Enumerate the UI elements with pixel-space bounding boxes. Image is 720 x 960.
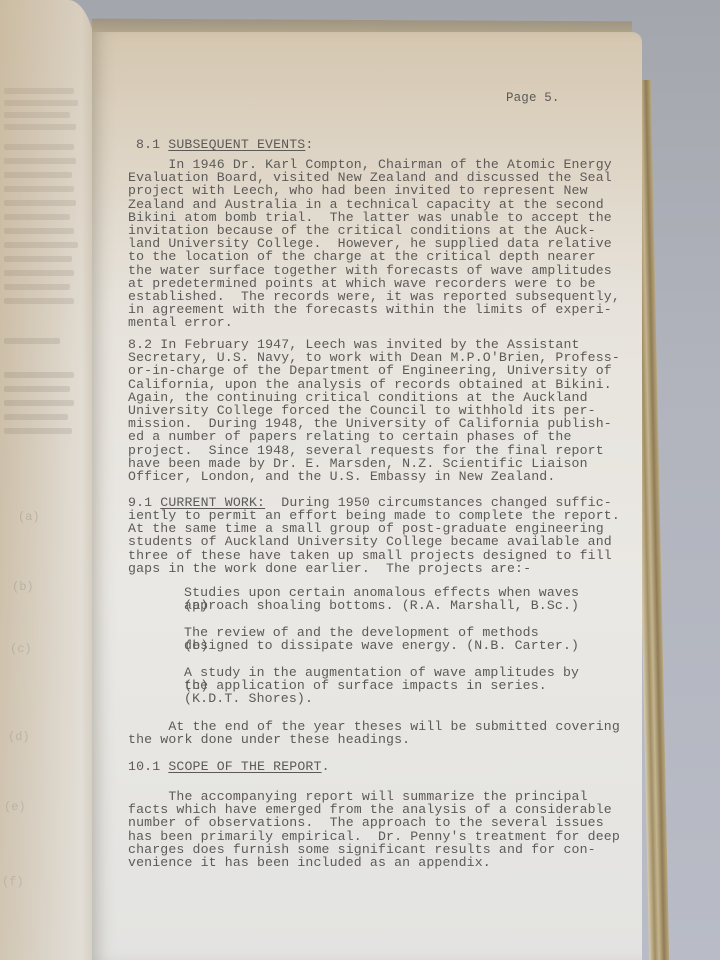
facing-page-text-line: [4, 144, 74, 150]
facing-page-text-line: [4, 338, 60, 344]
facing-page-text-line: [4, 298, 74, 304]
facing-page-label: (b): [12, 580, 34, 594]
text-line: mental error.: [128, 316, 620, 329]
project-item-b-text: The review of and the development of met…: [184, 626, 579, 652]
facing-page-text-line: [4, 158, 76, 164]
section-body-8-2: 8.2 In February 1947, Leech was invited …: [128, 338, 620, 483]
facing-page-text-line: [4, 124, 76, 130]
text-line: to the location of the charge at the cri…: [128, 250, 620, 263]
facing-page-text-line: [4, 242, 78, 248]
closing-paragraph-9-1: At the end of the year theses will be su…: [128, 720, 620, 746]
text-line: number of observations. The approach to …: [128, 816, 620, 829]
text-line: gaps in the work done earlier. The proje…: [128, 562, 620, 575]
text-line: Zealand and Australia in a technical cap…: [128, 198, 620, 211]
facing-page-text-line: [4, 414, 68, 420]
facing-page-text-line: [4, 270, 74, 276]
facing-page-text-line: [4, 400, 74, 406]
facing-page-text-line: [4, 200, 76, 206]
section-number: 10.1: [128, 759, 160, 774]
section-body-10-1: The accompanying report will summarize t…: [128, 790, 620, 869]
facing-page-label: (e): [4, 800, 26, 814]
text-line: approach shoaling bottoms. (R.A. Marshal…: [184, 599, 579, 612]
facing-page-label: (d): [8, 730, 30, 744]
document-page: Page 5. 8.1 SUBSEQUENT EVENTS: In 1946 D…: [92, 32, 642, 960]
facing-page-text-line: [4, 284, 70, 290]
section-heading-10-1: 10.1 SCOPE OF THE REPORT.: [128, 760, 330, 773]
facing-page-text-line: [4, 214, 70, 220]
project-item-c-text: A study in the augmentation of wave ampl…: [184, 666, 579, 706]
facing-page-text-line: [4, 386, 70, 392]
text-line: ed a number of papers relating to certai…: [128, 430, 620, 443]
text-line: project. Since 1948, several requests fo…: [128, 444, 620, 457]
project-item-a-text: Studies upon certain anomalous effects w…: [184, 586, 579, 612]
facing-page-text-line: [4, 172, 72, 178]
facing-page-text-line: [4, 100, 78, 106]
facing-page-text-line: [4, 112, 70, 118]
text-line: or-in-charge of the Department of Engine…: [128, 364, 620, 377]
text-line: California, upon the analysis of records…: [128, 378, 620, 391]
section-heading-8-1: 8.1 SUBSEQUENT EVENTS:: [136, 138, 313, 151]
facing-page-text-line: [4, 186, 74, 192]
text-line: project with Leech, who had been invited…: [128, 184, 620, 197]
text-line: (K.D.T. Shores).: [184, 692, 579, 705]
text-line: the work done under these headings.: [128, 733, 620, 746]
section-title-suffix: .: [322, 759, 330, 774]
section-number: 8.1: [136, 137, 160, 152]
section-body-8-1: In 1946 Dr. Karl Compton, Chairman of th…: [128, 158, 620, 330]
facing-page-text-line: [4, 228, 74, 234]
facing-page: (a) (b) (c) (d) (e) (f): [0, 0, 96, 960]
section-body-9-1: iently to permit an effort being made to…: [128, 509, 620, 575]
text-line: Officer, London, and the U.S. Embassy in…: [128, 470, 620, 483]
facing-page-label: (a): [18, 510, 40, 524]
facing-page-text-line: [4, 372, 74, 378]
text-line: designed to dissipate wave energy. (N.B.…: [184, 639, 579, 652]
facing-page-text-line: [4, 256, 72, 262]
text-line: has been primarily empirical. Dr. Penny'…: [128, 830, 620, 843]
section-title-suffix: :: [305, 137, 313, 152]
facing-page-label: (f): [2, 875, 24, 889]
section-title: SUBSEQUENT EVENTS: [168, 137, 305, 152]
text-line: three of these have taken up small proje…: [128, 549, 620, 562]
text-line: the water surface together with forecast…: [128, 264, 620, 277]
facing-page-text-line: [4, 88, 74, 94]
text-line: students of Auckland University College …: [128, 535, 620, 548]
facing-page-label: (c): [10, 642, 32, 656]
text-line: venience it has been included as an appe…: [128, 856, 620, 869]
page-number: Page 5.: [506, 92, 560, 105]
section-title: SCOPE OF THE REPORT: [168, 759, 321, 774]
facing-page-text-line: [4, 428, 72, 434]
